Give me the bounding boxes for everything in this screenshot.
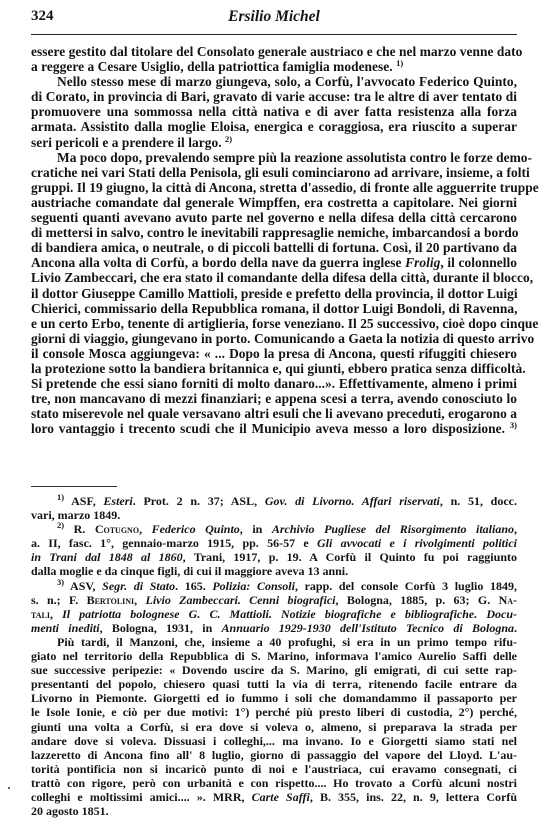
body-line: a reggere a Cesare Usiglio, della patrio… [31,59,517,74]
fn-italic: Annuario 1929-1930 dell'Istituto Tecnico… [222,621,514,635]
body-line-text: , il colonnello [440,255,517,270]
body-line: Chierici, commissario della Repubblica r… [31,301,517,316]
footnote-3-line: s. n.; F. Bertolini, Livio Zambeccari. C… [31,593,517,607]
body-line: di mettersi in salvo, contro le inevitab… [31,225,517,240]
body-line: promuovere una sommossa nella città nati… [31,104,517,119]
body-line: Si pretende che essi siano forniti di mo… [31,376,517,391]
body-line: seri pericoli e a prendere il largo. 2) [31,135,517,150]
fn-italic: Segr. di Stato [102,579,175,593]
footnote-1-line: vari, marzo 1849. [31,508,517,522]
fn-text: , Bologna, 1885, p. 63; G. [336,593,499,607]
body-line: Livio Zambeccari, che era stato il coman… [31,270,517,285]
fn-italic: Livio Zambeccari. Cenni biografici [146,593,336,607]
fn-italic: menti inediti [31,621,100,635]
footnote-2-line: dalla moglie e da cinque figli, di cui i… [31,564,517,578]
fn-text: ASF, [64,494,103,508]
fn-text: a. II, fasc. 1°, gennaio-marzo 1915, pp.… [31,536,317,550]
footnote-3-line: le Isole Ionie, e ciò per due motivi: 1°… [31,705,517,719]
fn-text: , n. 51, docc. [440,494,517,508]
fn-text: , [139,522,152,536]
footnote-3-line: giunti una volta a Corfù, si era dove si… [31,720,517,734]
body-line: e un certo Erbo, tenente di artiglieria,… [31,316,517,331]
body-line: la protezione sotto la bandiera britanni… [31,361,517,376]
fn-italic: Polizia: Consoli [212,579,295,593]
body-line: cratiche nei vari Stati della Penisola, … [31,165,517,180]
footnote-3-line: 3) ASV, Segr. di Stato. 165. Polizia: Co… [31,579,517,593]
footnote-2-line: 2) R. Cotugno, Federico Quinto, in Archi… [31,522,517,536]
body-line: di Corato, in provincia di Bari, gravato… [31,89,517,104]
fn-author: Cotugno [95,522,139,536]
fn-text: , [514,522,517,536]
fn-author: tali [31,607,50,621]
footnote-3-line: 20 agosto 1851. [31,804,517,818]
body-line-text: a reggere a Cesare Usiglio, della patrio… [31,59,393,74]
footnote-2-line: a. II, fasc. 1°, gennaio-marzo 1915, pp.… [31,536,517,550]
footnote-1-line: 1) ASF, Esteri. Prot. 2 n. 37; ASL, Gov.… [31,494,517,508]
fn-text: colleghi e moltissimi amici.... ». MRR, [31,790,252,804]
fn-text: , B. 355, ins. 22, n. 9, lettera Corfù [310,790,517,804]
footnote-3-line: tali, Il patriotta bolognese G. C. Matti… [31,607,517,621]
footnote-rule [31,486,117,487]
footnote-3-line: presentanti del popolo, chiesero quasi t… [31,677,517,691]
fn-text: . [514,621,517,635]
body-line: il dottor Giuseppe Camillo Mattioli, pre… [31,286,517,301]
fn-text: . 165. [175,579,212,593]
footnote-3-line: sue successive peripezie: « Dovendo usci… [31,663,517,677]
fn-author: Bertolini [87,593,135,607]
fn-italic: Federico Quinto [152,522,240,536]
body-line: loro vantaggio i trecento scudi che il M… [31,421,517,436]
footnote-3-line: giato nel territorio della Repubblica di… [31,649,517,663]
footnote-ref: 2) [225,134,232,144]
fn-text: , [134,593,145,607]
fn-italic: Gov. di Livorno. Affari riservati [265,494,440,508]
body-line-text: Ancona alla volta di Corfù, a bordo dell… [31,255,405,270]
body-line: Ancona alla volta di Corfù, a bordo dell… [31,255,517,270]
fn-italic: Archivio Pugliese del Risorgimento itali… [272,522,514,536]
running-head: Ersilio Michel [31,8,517,26]
fn-italic: Gli avvocati e i rivolgimenti politici [317,536,517,550]
fn-text: ASV, [64,579,102,593]
fn-text: s. n.; F. [31,593,87,607]
body-line: il console Mosca aggiungeva: « ... Dopo … [31,346,517,361]
header-rule [31,34,517,35]
footnote-2-line: in Trani dal 1848 al 1860, Trani, 1917, … [31,550,517,564]
fn-italic: Esteri [103,494,132,508]
body-line: austriache comandate dal generale Wimpff… [31,195,517,210]
page-header: 324 Ersilio Michel [31,8,517,28]
body-line-text: loro vantaggio i trecento scudi che il M… [31,421,505,436]
body-text: essere gestito dal titolare del Consolat… [31,44,517,436]
footnote-3-line: colleghi e moltissimi amici.... ». MRR, … [31,790,517,804]
fn-text: R. [64,522,95,536]
footnote-ref: 1) [396,58,403,68]
body-line: stato miserevole nel quale versavano alt… [31,406,517,421]
footnote-3-line: Più tardi, il Manzoni, che, insieme a 40… [31,635,517,649]
fn-italic: Carte Saffi [252,790,310,804]
footnote-ref: 3) [510,420,517,430]
fn-text: , Trani, 1917, p. 19. A Corfù il Quinto … [183,550,517,564]
fn-text: , in [240,522,272,536]
body-line-text: seri pericoli e a prendere il largo. [31,135,222,150]
fn-italic: Il patriotta bolognese G. C. Mattioli. N… [62,607,517,621]
fn-author: Na- [499,593,517,607]
footnote-3-line: torità pontificia non si incaricò punto … [31,762,517,776]
body-line: Nello stesso mese di marzo giungeva, sol… [31,74,517,89]
fn-text: . Prot. 2 n. 37; ASL, [133,494,265,508]
body-line: giorni di viaggio, giungevano in porto. … [31,331,517,346]
body-line: seguenti quanti avevano avuto parte nel … [31,210,517,225]
body-line: tre, non mancavano di mezzi finanziari; … [31,391,517,406]
fn-text: , rapp. del console Corfù 3 luglio 1849, [295,579,517,593]
margin-speck [8,787,10,789]
footnote-3-line: andare dove si voleva. Dissuasi i colleg… [31,734,517,748]
body-line: Ma poco dopo, prevalendo sempre più la r… [31,150,517,165]
footnote-3-line: trattò con rigore, però con urbanità e c… [31,776,517,790]
footnote-3-line: lazzeretto di Ancona fino all' 8 luglio,… [31,748,517,762]
fn-text: , [50,607,62,621]
ship-name: Frolig [405,255,440,270]
body-line: armata. Assistito dalla moglie Eloisa, e… [31,119,517,134]
body-line: gruppi. Il 19 giugno, la città di Ancona… [31,180,517,195]
footnotes: 1) ASF, Esteri. Prot. 2 n. 37; ASL, Gov.… [31,494,517,818]
fn-text: , Bologna, 1931, in [100,621,222,635]
footnote-3-line: Livorno in Piemonte. Giorgetti ed io fum… [31,691,517,705]
fn-italic: in Trani dal 1848 al 1860 [31,550,183,564]
footnote-3-line: menti inediti, Bologna, 1931, in Annuari… [31,621,517,635]
body-line: di bandiera amica, o neutrale, o di picc… [31,240,517,255]
body-line: essere gestito dal titolare del Consolat… [31,44,517,59]
